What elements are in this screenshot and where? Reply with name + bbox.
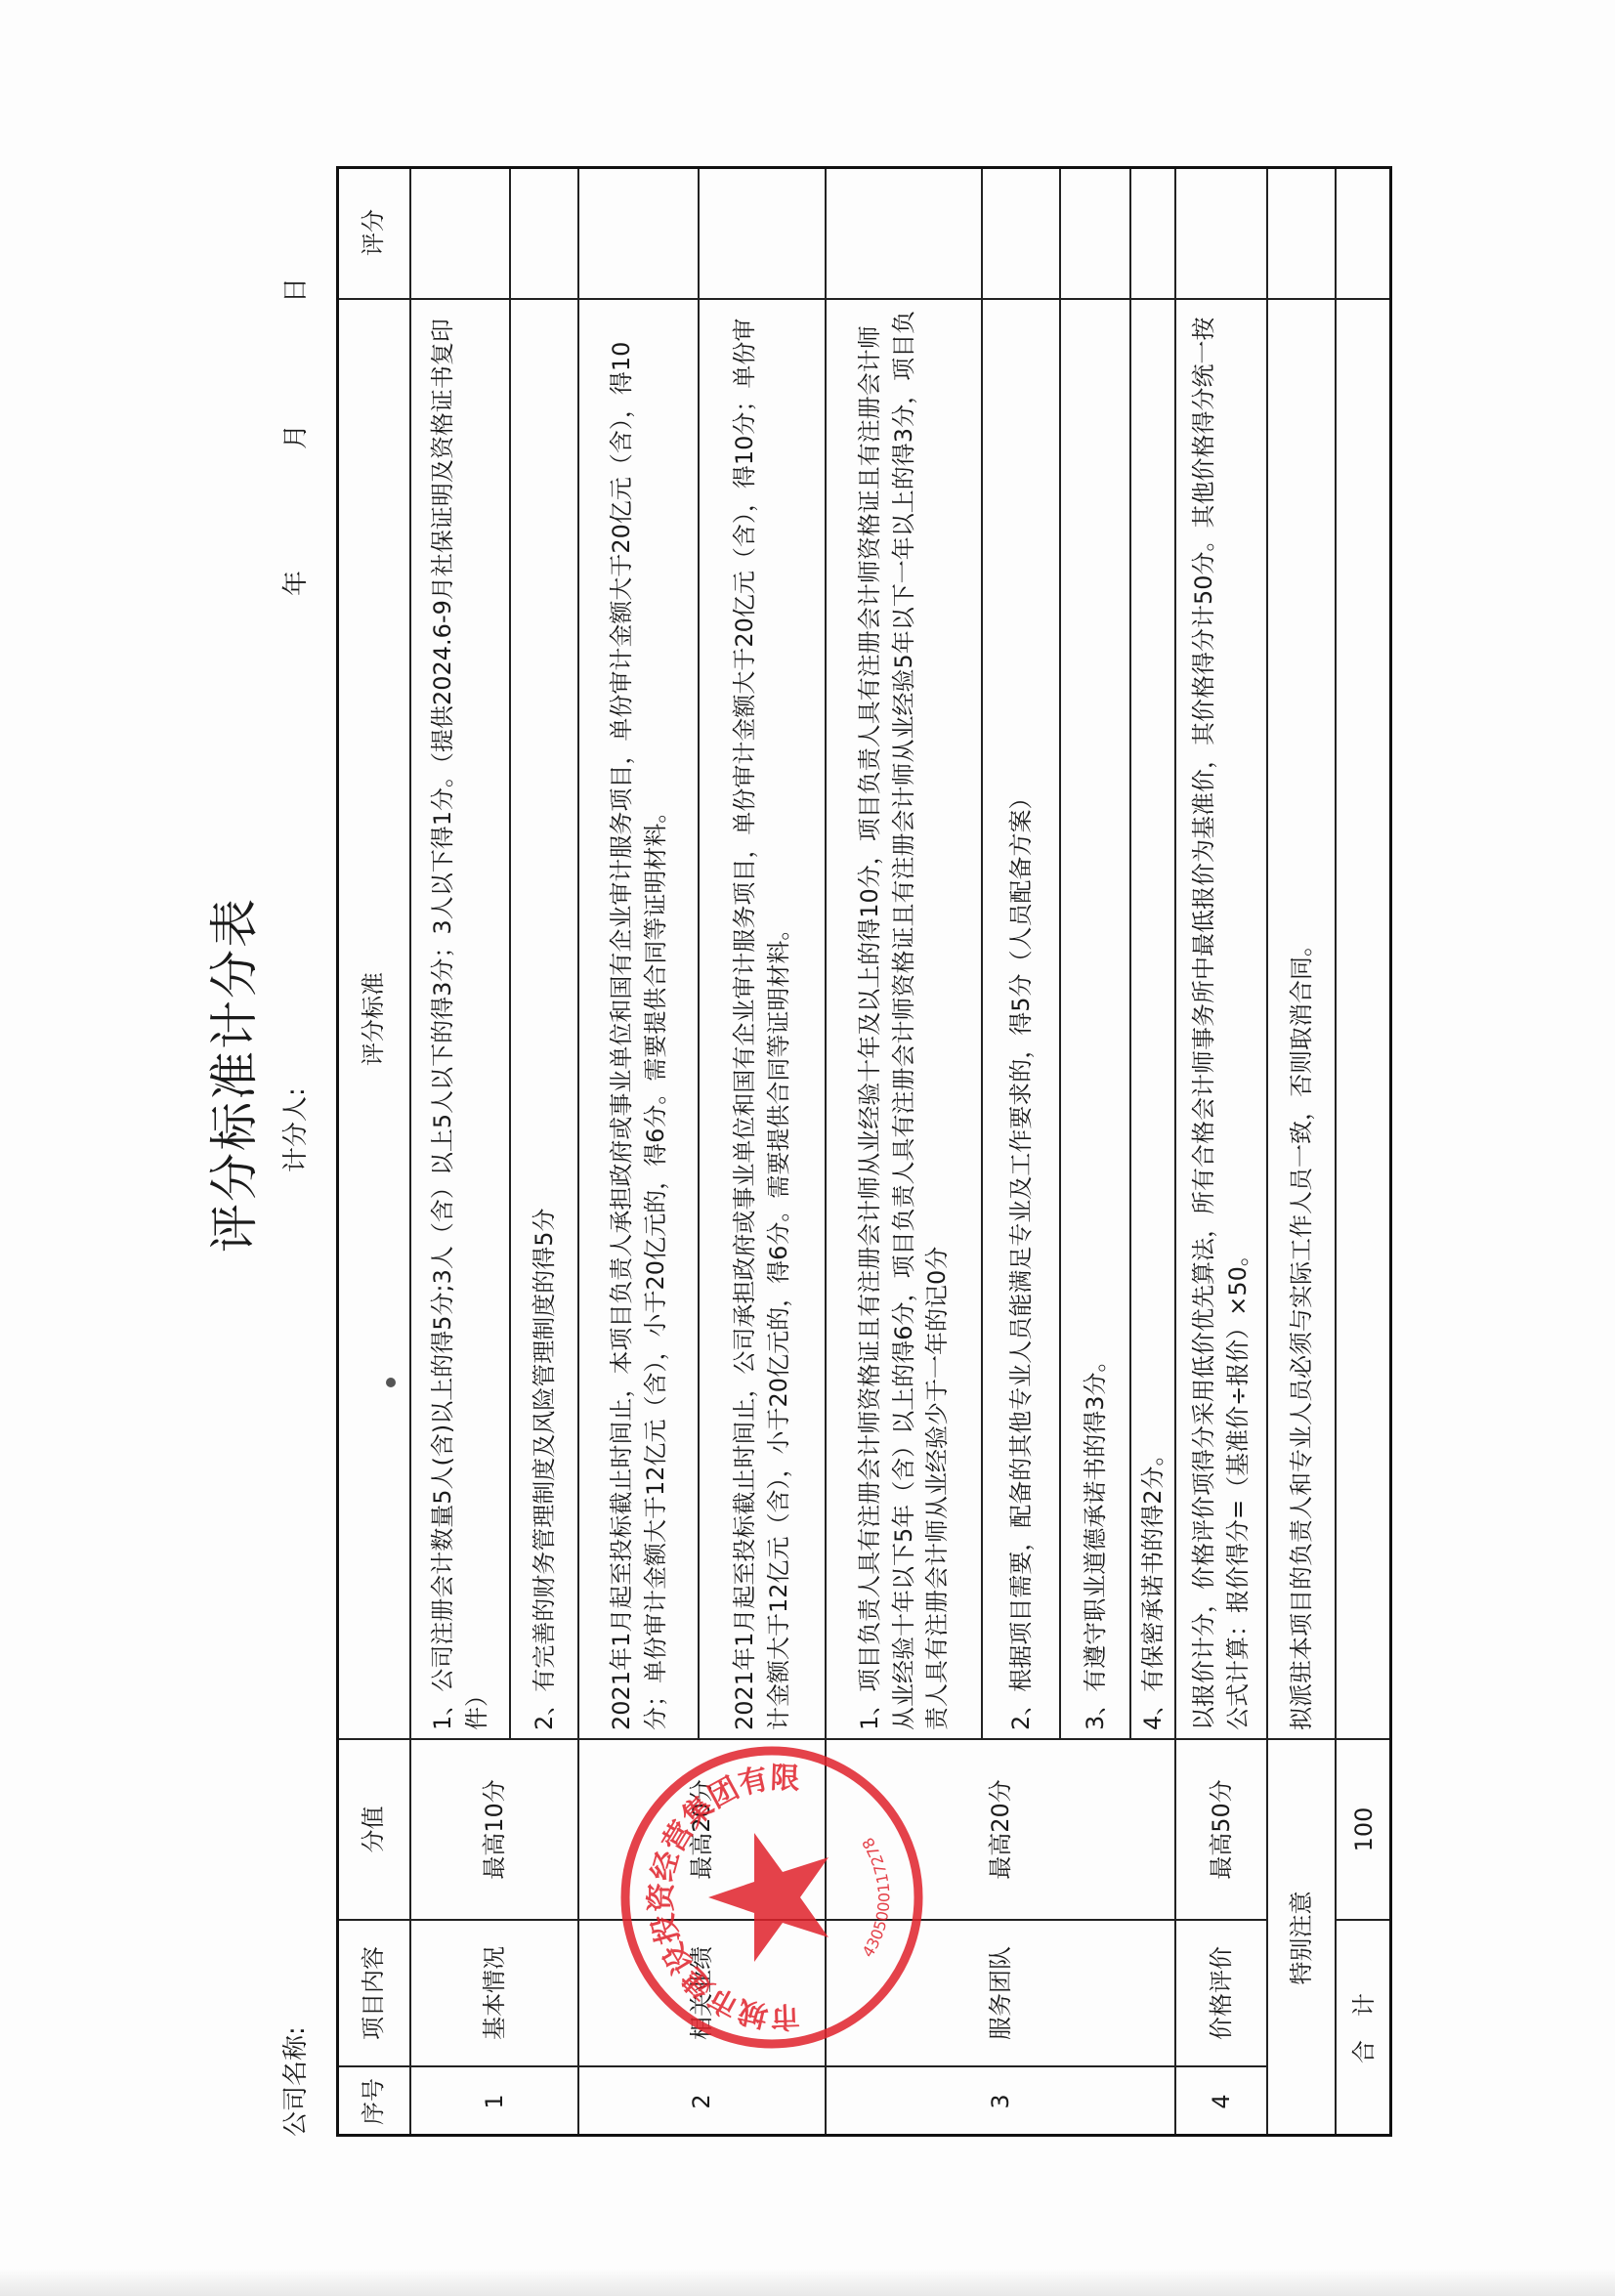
- row1-score-1[interactable]: [410, 166, 510, 299]
- header-criteria: 评分标准: [336, 299, 410, 1739]
- row3-criteria-3: 3、有遵守职业道德承诺书的得3分。: [1060, 299, 1130, 1739]
- row3-criteria-2: 2、根据项目需要，配备的其他专业人员能满足专业及工作要求的，得5分（人员配备方案…: [982, 299, 1060, 1739]
- header-item: 项目内容: [336, 1920, 410, 2066]
- row1-item: 基本情况: [410, 1920, 578, 2066]
- row4-points: 最高50分: [1175, 1739, 1267, 1920]
- scan-speck: [386, 1378, 396, 1387]
- date-year-label: 年: [276, 571, 312, 596]
- header-seq: 序号: [336, 2066, 410, 2137]
- row1-points: 最高10分: [410, 1739, 578, 1920]
- header-score: 评分: [336, 166, 410, 299]
- row3-criteria-4: 4、有保密承诺书的得2分。: [1130, 299, 1175, 1739]
- row2-criteria-1: 2021年1月起至投标截止时间止，本项目负责人承担政府或事业单位和国有企业审计服…: [578, 299, 699, 1739]
- row1-criteria-2: 2、有完善的财务管理制度及风险管理制度的得5分: [510, 299, 578, 1739]
- row3-item: 服务团队: [826, 1920, 1175, 2066]
- document-page: 评分标准计分表 公司名称: 计分人: 年 月 日 序号 项目内容 分值 评分标准…: [0, 0, 1615, 2296]
- row3-seq: 3: [826, 2066, 1175, 2137]
- row2-criteria-2: 2021年1月起至投标截止时间止，公司承担政府或事业单位和国有企业审计服务项目，…: [699, 299, 826, 1739]
- scan-edge-shadow: [0, 2269, 1615, 2296]
- header-points: 分值: [336, 1739, 410, 1920]
- row3-points: 最高20分: [826, 1739, 1175, 1920]
- row1-criteria-1: 1、公司注册会计数量5人(含)以上的得5分;3人（含）以上5人以下的得3分；3人…: [410, 299, 510, 1739]
- scorer-label: 计分人:: [276, 1087, 312, 1172]
- scoring-table: 序号 项目内容 分值 评分标准 评分 1 基本情况 最高10分 1、公司注册会计…: [336, 166, 1392, 2137]
- total-score[interactable]: [1336, 166, 1392, 299]
- company-name-label: 公司名称:: [276, 2026, 312, 2137]
- row3-criteria-1: 1、项目负责人具有注册会计师资格证且有注册会计师从业经验十年及以上的得10分，项…: [826, 299, 982, 1739]
- special-note-label: 特别注意: [1267, 1739, 1336, 2137]
- row3-score-2[interactable]: [982, 166, 1060, 299]
- row3-score-1[interactable]: [826, 166, 982, 299]
- row3-score-3[interactable]: [1060, 166, 1130, 299]
- document-title: 评分标准计分表: [195, 879, 266, 1270]
- date-month-label: 月: [276, 424, 312, 449]
- total-label: 合 计: [1336, 1920, 1392, 2137]
- row4-seq: 4: [1175, 2066, 1267, 2137]
- total-points: 100: [1336, 1739, 1392, 1920]
- row1-seq: 1: [410, 2066, 578, 2137]
- special-note-score[interactable]: [1267, 166, 1336, 299]
- date-day-label: 日: [276, 277, 312, 303]
- row1-score-2[interactable]: [510, 166, 578, 299]
- row4-criteria-1: 以报价计分，价格评价项得分采用低价优先算法，所有合格会计师事务所中最低报价为基准…: [1175, 299, 1267, 1739]
- row2-score-2[interactable]: [699, 166, 826, 299]
- row2-seq: 2: [578, 2066, 826, 2137]
- row4-score-1[interactable]: [1175, 166, 1267, 299]
- row2-points: 最高20分: [578, 1739, 826, 1920]
- row2-score-1[interactable]: [578, 166, 699, 299]
- row3-score-4[interactable]: [1130, 166, 1175, 299]
- row4-item: 价格评价: [1175, 1920, 1267, 2066]
- row2-item: 相关业绩: [578, 1920, 826, 2066]
- special-note-text: 拟派驻本项目的负责人和专业人员必须与实际工作人员一致，否则取消合同。: [1267, 299, 1336, 1739]
- total-criteria-empty: [1336, 299, 1392, 1739]
